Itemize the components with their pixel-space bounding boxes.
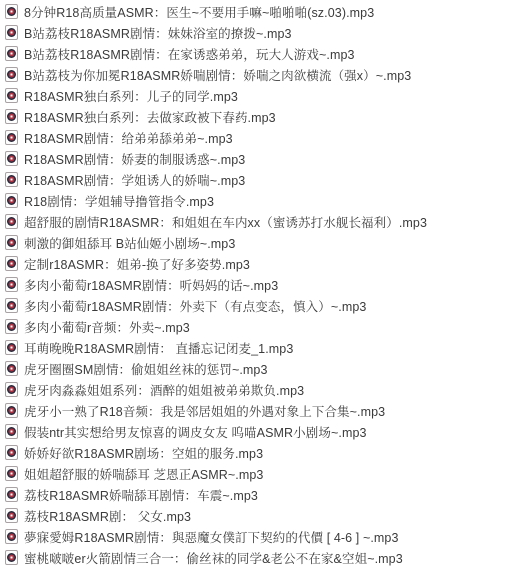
audio-file-icon (5, 88, 18, 103)
file-item[interactable]: 姐姐超舒服的娇喘舔耳 芝恩正ASMR~.mp3 (0, 463, 508, 484)
audio-file-icon (5, 340, 18, 355)
file-item[interactable]: B站荔枝R18ASMR剧情：在家诱惑弟弟，玩大人游戏~.mp3 (0, 43, 508, 64)
file-name: 虎牙小一熟了R18音频：我是邻居姐姐的外遇对象上下合集~.mp3 (24, 402, 385, 420)
file-item[interactable]: 荔枝R18ASMR娇喘舔耳剧情：车震~.mp3 (0, 484, 508, 505)
audio-file-icon (5, 235, 18, 250)
file-name: R18ASMR独白系列：儿子的同学.mp3 (24, 87, 238, 105)
audio-file-icon (5, 550, 18, 565)
audio-file-icon (5, 298, 18, 313)
file-item[interactable]: 多肉小葡萄r音频：外卖~.mp3 (0, 316, 508, 337)
audio-file-icon (5, 130, 18, 145)
audio-file-icon (5, 25, 18, 40)
file-name: B站荔枝为你加冕R18ASMR娇喘剧情：娇喘之肉欲横流（强x）~.mp3 (24, 66, 411, 84)
file-item[interactable]: R18剧情：学姐辅导撸管指令.mp3 (0, 190, 508, 211)
file-name: 虎牙肉淼淼姐姐系列：酒醉的姐姐被弟弟欺负.mp3 (24, 381, 304, 399)
file-name: 蜜桃啵啵er火箭剧情三合一：偷丝袜的同学&老公不在家&空姐~.mp3 (24, 549, 403, 566)
audio-file-icon (5, 214, 18, 229)
file-name: 定制r18ASMR：姐弟-换了好多姿势.mp3 (24, 255, 250, 273)
audio-file-icon (5, 172, 18, 187)
file-name: 多肉小葡萄r音频：外卖~.mp3 (24, 318, 190, 336)
file-item[interactable]: 假装ntr其实想给男友惊喜的调皮女友 呜喵ASMR小剧场~.mp3 (0, 421, 508, 442)
audio-file-icon (5, 529, 18, 544)
file-item[interactable]: B站荔枝为你加冕R18ASMR娇喘剧情：娇喘之肉欲横流（强x）~.mp3 (0, 64, 508, 85)
file-name: 夢寐愛姆R18ASMR剧情：與惡魔女僕訂下契約的代價 [ 4-6 ] ~.mp3 (24, 528, 399, 546)
audio-file-icon (5, 424, 18, 439)
file-name: 姐姐超舒服的娇喘舔耳 芝恩正ASMR~.mp3 (24, 465, 263, 483)
file-item[interactable]: 定制r18ASMR：姐弟-换了好多姿势.mp3 (0, 253, 508, 274)
file-item[interactable]: 虎牙小一熟了R18音频：我是邻居姐姐的外遇对象上下合集~.mp3 (0, 400, 508, 421)
file-item[interactable]: R18ASMR独白系列：儿子的同学.mp3 (0, 85, 508, 106)
audio-file-icon (5, 508, 18, 523)
file-name: 虎牙圈圈SM剧情：偷姐姐丝袜的惩罚~.mp3 (24, 360, 268, 378)
file-item[interactable]: 8分钟R18高质量ASMR：医生~不要用手嘛~啪啪啪(sz.03).mp3 (0, 1, 508, 22)
file-name: 多肉小葡萄r18ASMR剧情：听妈妈的话~.mp3 (24, 276, 278, 294)
file-name: 荔枝R18ASMR娇喘舔耳剧情：车震~.mp3 (24, 486, 258, 504)
file-item[interactable]: R18ASMR独白系列：去做家政被下春药.mp3 (0, 106, 508, 127)
audio-file-icon (5, 361, 18, 376)
audio-file-icon (5, 67, 18, 82)
file-item[interactable]: 虎牙圈圈SM剧情：偷姐姐丝袜的惩罚~.mp3 (0, 358, 508, 379)
audio-file-icon (5, 319, 18, 334)
audio-file-icon (5, 193, 18, 208)
file-name: R18ASMR剧情：娇妻的制服诱惑~.mp3 (24, 150, 245, 168)
audio-file-icon (5, 151, 18, 166)
file-name: 假装ntr其实想给男友惊喜的调皮女友 呜喵ASMR小剧场~.mp3 (24, 423, 367, 441)
file-item[interactable]: R18ASMR剧情：给弟弟舔弟弟~.mp3 (0, 127, 508, 148)
file-name: 超舒服的剧情R18ASMR：和姐姐在车内xx（蜜诱苏打水舰长福利）.mp3 (24, 213, 427, 231)
file-item[interactable]: B站荔枝R18ASMR剧情：妹妹浴室的撩拨~.mp3 (0, 22, 508, 43)
audio-file-icon (5, 4, 18, 19)
file-name: 娇娇好欲R18ASMR剧场：空姐的服务.mp3 (24, 444, 263, 462)
file-item[interactable]: R18ASMR剧情：学姐诱人的娇喘~.mp3 (0, 169, 508, 190)
file-item[interactable]: 虎牙肉淼淼姐姐系列：酒醉的姐姐被弟弟欺负.mp3 (0, 379, 508, 400)
audio-file-icon (5, 46, 18, 61)
file-name: 耳萌晚晚R18ASMR剧情： 直播忘记闭麦_1.mp3 (24, 339, 293, 357)
file-item[interactable]: 超舒服的剧情R18ASMR：和姐姐在车内xx（蜜诱苏打水舰长福利）.mp3 (0, 211, 508, 232)
file-name: 荔枝R18ASMR剧： 父女.mp3 (24, 507, 191, 525)
file-name: 多肉小葡萄r18ASMR剧情：外卖下（有点变态，慎入）~.mp3 (24, 297, 366, 315)
file-item[interactable]: R18ASMR剧情：娇妻的制服诱惑~.mp3 (0, 148, 508, 169)
file-item[interactable]: 多肉小葡萄r18ASMR剧情：听妈妈的话~.mp3 (0, 274, 508, 295)
audio-file-icon (5, 382, 18, 397)
file-item[interactable]: 夢寐愛姆R18ASMR剧情：與惡魔女僕訂下契約的代價 [ 4-6 ] ~.mp3 (0, 526, 508, 547)
file-item[interactable]: 多肉小葡萄r18ASMR剧情：外卖下（有点变态，慎入）~.mp3 (0, 295, 508, 316)
file-name: R18ASMR独白系列：去做家政被下春药.mp3 (24, 108, 276, 126)
file-name: 8分钟R18高质量ASMR：医生~不要用手嘛~啪啪啪(sz.03).mp3 (24, 3, 374, 21)
file-name: B站荔枝R18ASMR剧情：在家诱惑弟弟，玩大人游戏~.mp3 (24, 45, 355, 63)
audio-file-icon (5, 445, 18, 460)
file-name: 刺激的御姐舔耳 B站仙姬小剧场~.mp3 (24, 234, 235, 252)
file-name: R18ASMR剧情：给弟弟舔弟弟~.mp3 (24, 129, 233, 147)
file-item[interactable]: 荔枝R18ASMR剧： 父女.mp3 (0, 505, 508, 526)
audio-file-icon (5, 403, 18, 418)
file-item[interactable]: 蜜桃啵啵er火箭剧情三合一：偷丝袜的同学&老公不在家&空姐~.mp3 (0, 547, 508, 566)
audio-file-icon (5, 466, 18, 481)
file-name: B站荔枝R18ASMR剧情：妹妹浴室的撩拨~.mp3 (24, 24, 292, 42)
audio-file-icon (5, 487, 18, 502)
file-item[interactable]: 耳萌晚晚R18ASMR剧情： 直播忘记闭麦_1.mp3 (0, 337, 508, 358)
audio-file-icon (5, 109, 18, 124)
audio-file-icon (5, 256, 18, 271)
file-name: R18ASMR剧情：学姐诱人的娇喘~.mp3 (24, 171, 245, 189)
file-name: R18剧情：学姐辅导撸管指令.mp3 (24, 192, 214, 210)
file-item[interactable]: 娇娇好欲R18ASMR剧场：空姐的服务.mp3 (0, 442, 508, 463)
file-item[interactable]: 刺激的御姐舔耳 B站仙姬小剧场~.mp3 (0, 232, 508, 253)
audio-file-icon (5, 277, 18, 292)
file-list: 8分钟R18高质量ASMR：医生~不要用手嘛~啪啪啪(sz.03).mp3 B站… (0, 0, 508, 566)
